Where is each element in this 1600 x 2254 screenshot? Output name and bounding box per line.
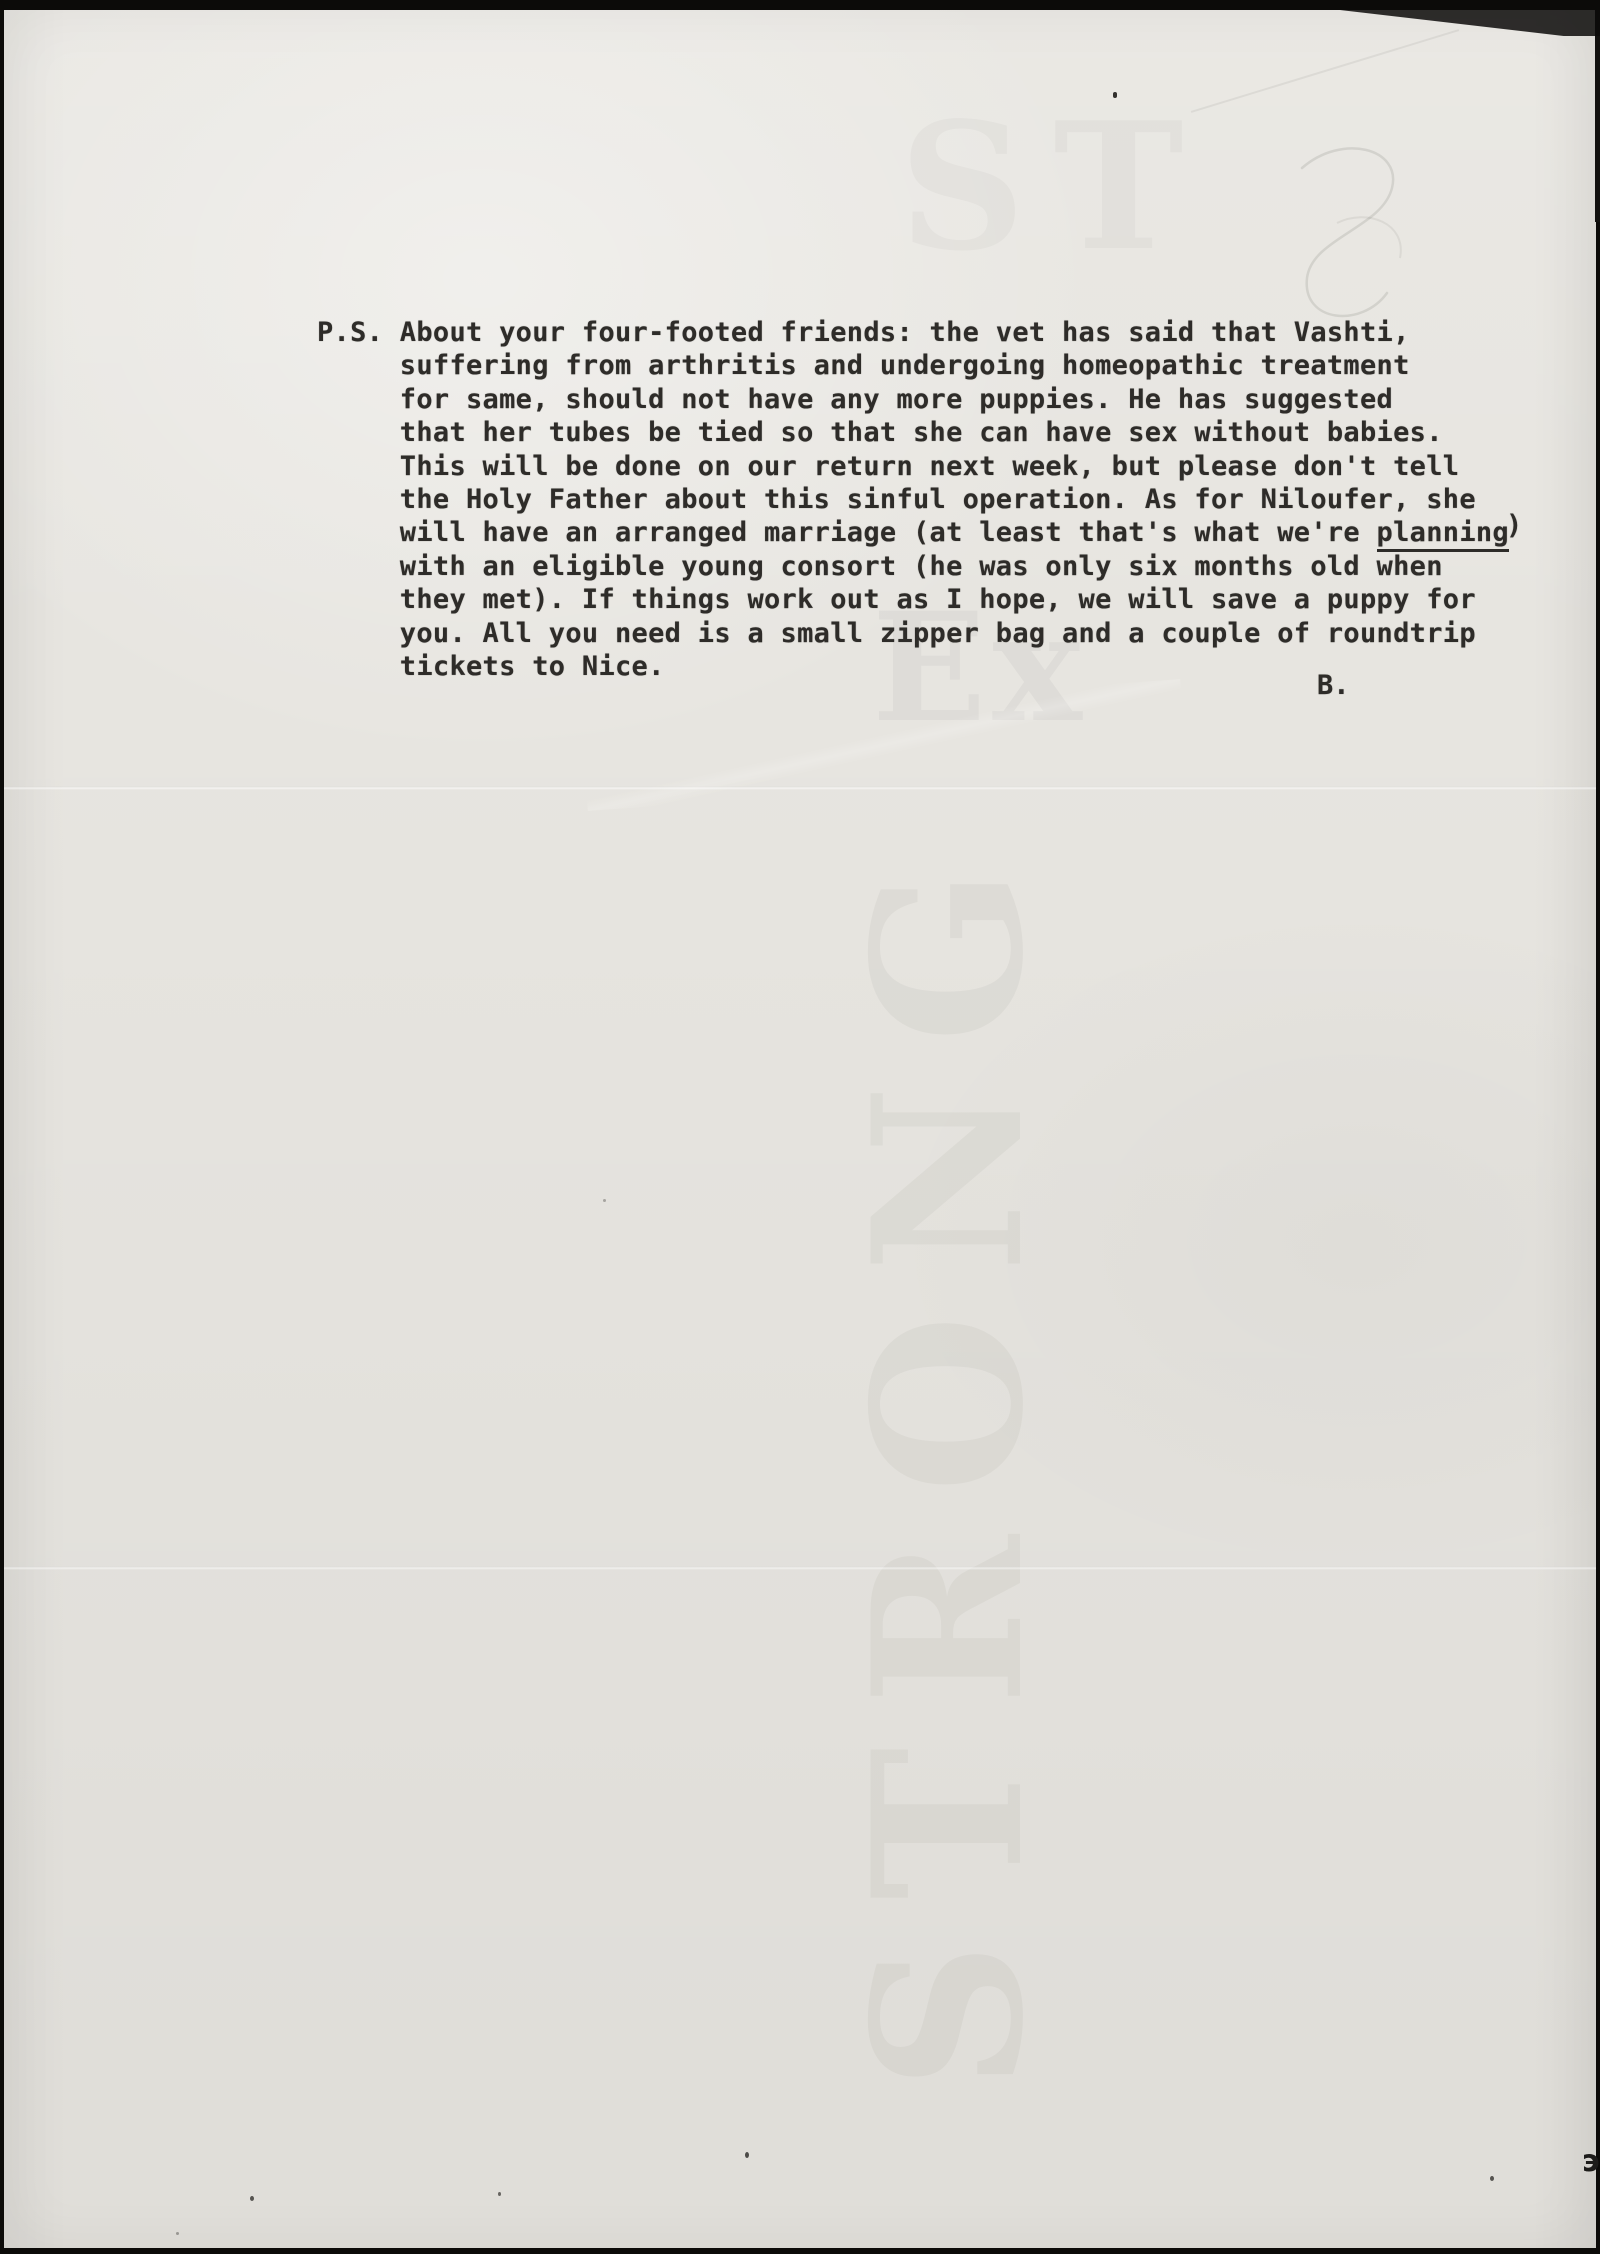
dust-speck	[603, 1199, 606, 1202]
dust-speck	[176, 2232, 179, 2235]
letter-line: This will be done on our return next wee…	[317, 450, 1523, 483]
letter-line: with an eligible young consort (he was o…	[317, 550, 1523, 583]
scanner-edge-right	[1595, 10, 1600, 222]
letter-line: suffering from arthritis and undergoing …	[317, 349, 1523, 382]
letter-line: will have an arranged marriage (at least…	[317, 516, 1523, 549]
letter-line: you. All you need is a small zipper bag …	[317, 617, 1523, 650]
corner-crease	[1191, 29, 1459, 113]
letter-line: the Holy Father about this sinful operat…	[317, 483, 1523, 516]
paper-sheen	[582, 679, 1187, 811]
letter-line: P.S. About your four-footed friends: the…	[317, 316, 1523, 349]
letter-body: P.S. About your four-footed friends: the…	[317, 316, 1523, 683]
letter-line: they met). If things work out as I hope,…	[317, 583, 1523, 616]
paper-sheet: ST Ex STRONG P.S. About your four-footed…	[4, 10, 1596, 2248]
dust-speck	[1113, 92, 1117, 98]
watermark-strong: STRONG	[829, 990, 1049, 2090]
dust-speck	[745, 2152, 749, 2158]
signature-initial: B.	[1317, 670, 1350, 701]
letter-line: that her tubes be tied so that she can h…	[317, 416, 1523, 449]
dust-speck	[1490, 2176, 1494, 2181]
dust-speck	[498, 2192, 501, 2196]
edge-page-mark: э	[1582, 2144, 1600, 2179]
letter-line: for same, should not have any more puppi…	[317, 383, 1523, 416]
fold-crease-lower	[4, 1566, 1596, 1570]
scanned-letter-page: ST Ex STRONG P.S. About your four-footed…	[0, 0, 1600, 2254]
watermark-fragment-top: ST	[899, 85, 1212, 290]
dust-speck	[250, 2196, 254, 2201]
